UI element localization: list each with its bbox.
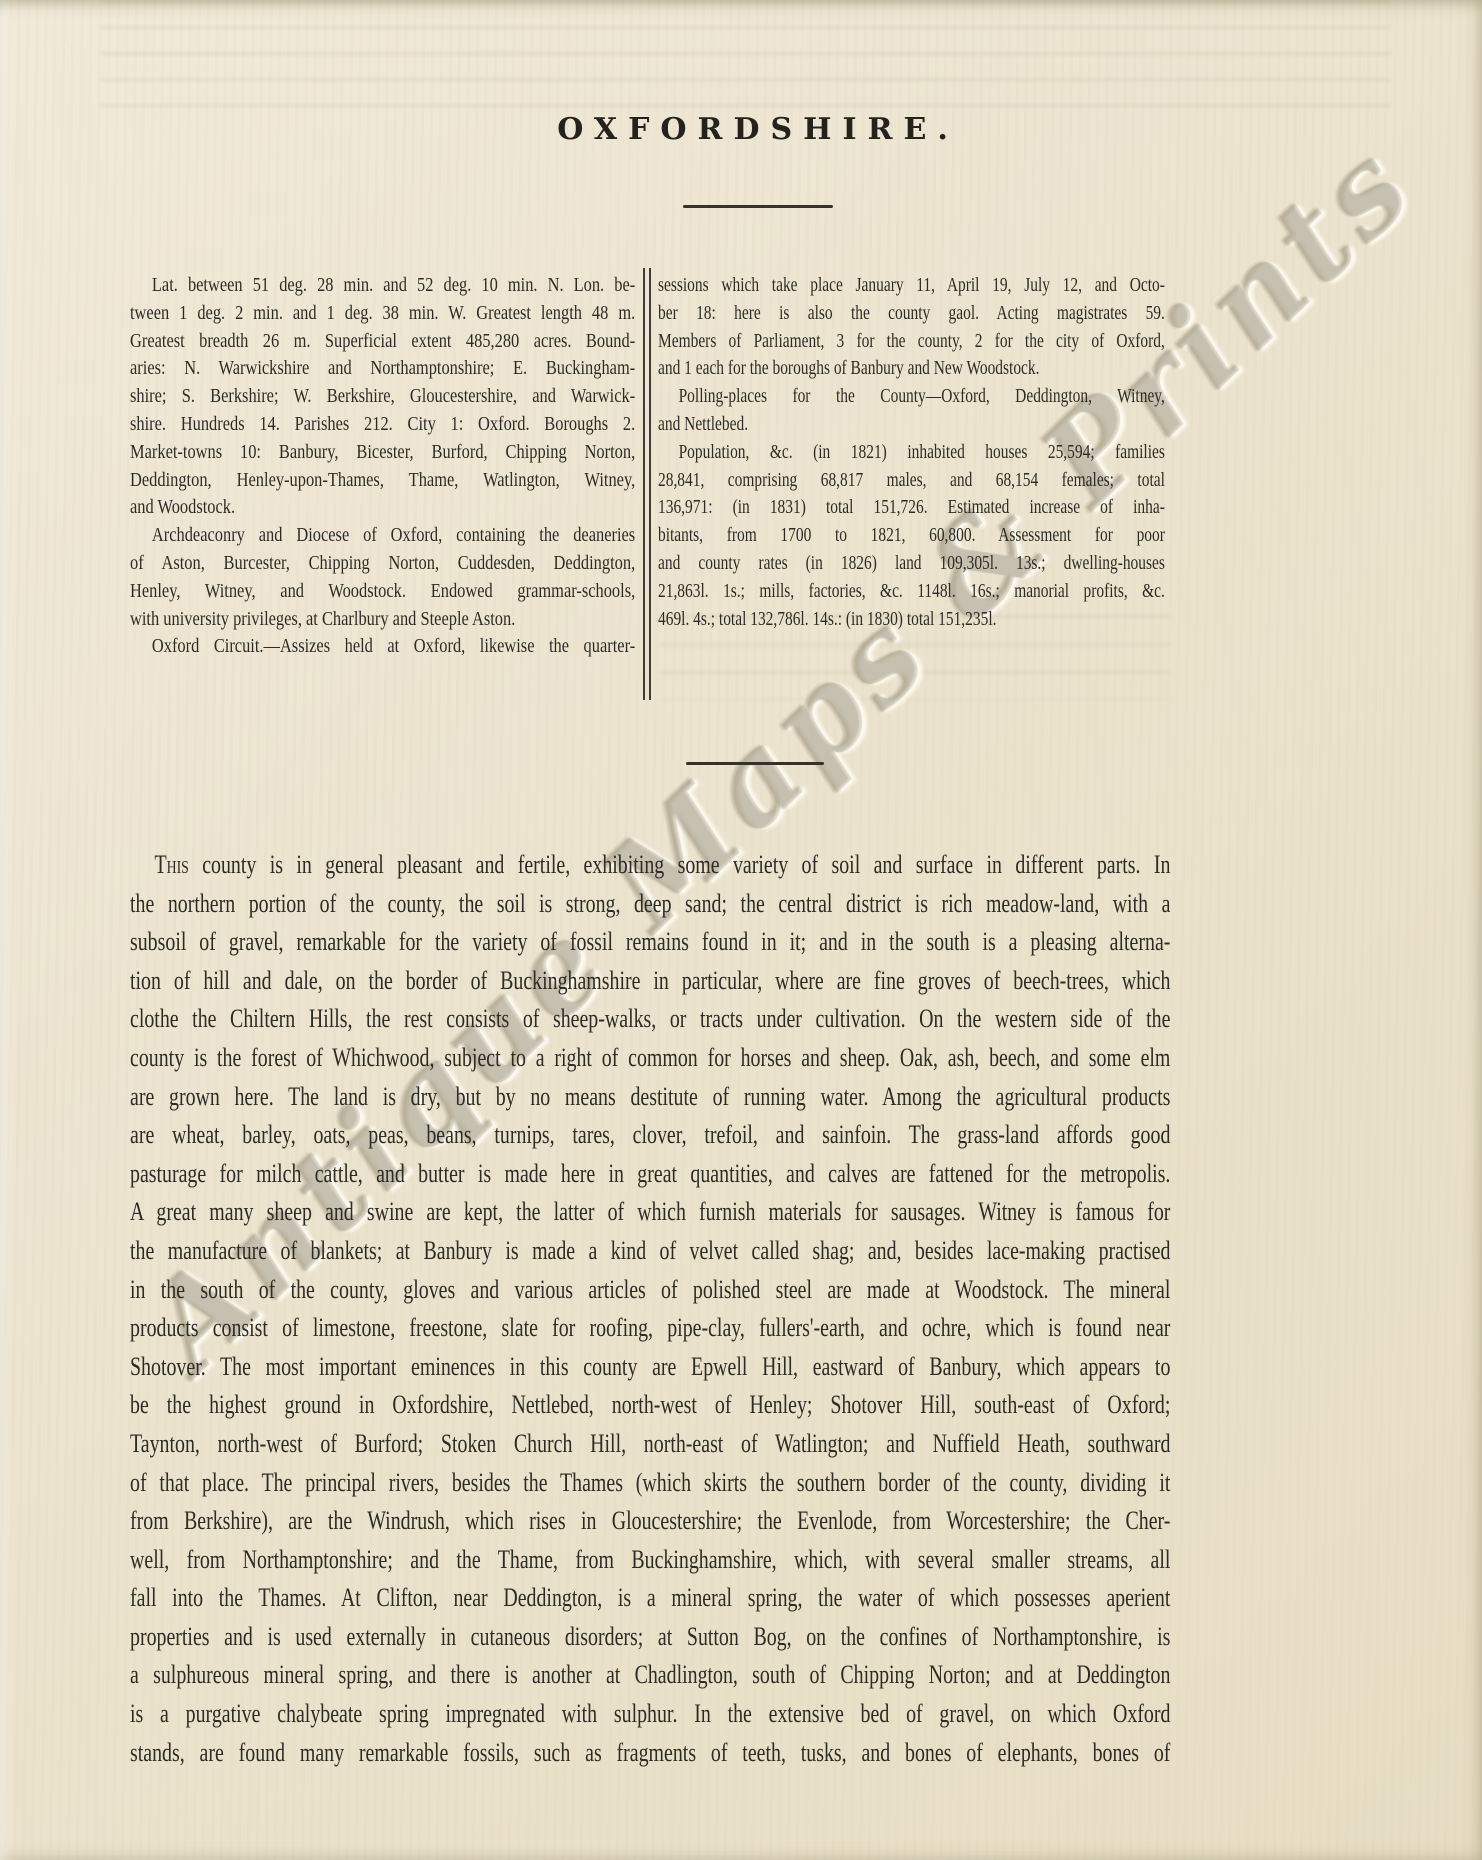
text-line: Greatest breadth 26 m. Superficial exten…: [130, 328, 635, 356]
section-divider-rule: [686, 762, 824, 765]
text-line: in the south of the county, gloves and v…: [130, 1271, 1170, 1310]
text-line: are wheat, barley, oats, peas, beans, tu…: [130, 1116, 1170, 1155]
text-line: fall into the Thames. At Clifton, near D…: [130, 1579, 1170, 1618]
text-line: and Nettlebed.: [658, 411, 1165, 439]
text-line: aries: N. Warwickshire and Northamptonsh…: [130, 355, 635, 383]
text-line: ber 18: here is also the county gaol. Ac…: [658, 300, 1165, 328]
title-divider-rule: [683, 205, 833, 208]
text-line: are grown here. The land is dry, but by …: [130, 1078, 1170, 1117]
text-line: and 1 each for the boroughs of Banbury a…: [658, 355, 1165, 383]
text-line: and county rates (in 1826) land 109,305l…: [658, 550, 1165, 578]
text-line: stands, are found many remarkable fossil…: [130, 1734, 1170, 1773]
body-paragraph: This county is in general pleasant and f…: [130, 846, 1170, 1772]
text-line: 21,863l. 1s.; mills, factories, &c. 1148…: [658, 578, 1165, 606]
lead-word: This: [154, 850, 188, 879]
text-line: Shotover. The most important eminences i…: [130, 1348, 1170, 1387]
text-line: Taynton, north-west of Burford; Stoken C…: [130, 1425, 1170, 1464]
text-line: Archdeaconry and Diocese of Oxford, cont…: [130, 522, 635, 550]
text-line: well, from Northamptonshire; and the Tha…: [130, 1541, 1170, 1580]
text-line: from Berkshire), are the Windrush, which…: [130, 1502, 1170, 1541]
text-line: of that place. The principal rivers, bes…: [130, 1464, 1170, 1503]
text-line: bitants, from 1700 to 1821, 60,800. Asse…: [658, 522, 1165, 550]
text-line: 28,841, comprising 68,817 males, and 68,…: [658, 467, 1165, 495]
text-line: Oxford Circuit.—Assizes held at Oxford, …: [130, 633, 635, 661]
right-column: sessions which take place January 11, Ap…: [658, 272, 1165, 633]
text-line: properties and is used externally in cut…: [130, 1618, 1170, 1657]
scanned-document-page: Antique Maps & Prints OXFORDSHIRE. Lat. …: [0, 0, 1482, 1860]
text-line: This county is in general pleasant and f…: [130, 846, 1170, 885]
text-line: sessions which take place January 11, Ap…: [658, 272, 1165, 300]
text-line: Population, &c. (in 1821) inhabited hous…: [658, 439, 1165, 467]
text-line: county is the forest of Whichwood, subje…: [130, 1039, 1170, 1078]
text-line: shire. Hundreds 14. Parishes 212. City 1…: [130, 411, 635, 439]
text-line: of Aston, Burcester, Chipping Norton, Cu…: [130, 550, 635, 578]
text-line: A great many sheep and swine are kept, t…: [130, 1193, 1170, 1232]
text-line: Polling-places for the County—Oxford, De…: [658, 383, 1165, 411]
text-line: pasturage for milch cattle, and butter i…: [130, 1155, 1170, 1194]
text-line: tion of hill and dale, on the border of …: [130, 962, 1170, 1001]
page-title: OXFORDSHIRE.: [557, 112, 959, 147]
text-line: Market-towns 10: Banbury, Bicester, Burf…: [130, 439, 635, 467]
text-line: Members of Parliament, 3 for the county,…: [658, 328, 1165, 356]
text-line: products consist of limestone, freestone…: [130, 1309, 1170, 1348]
text-line: Henley, Witney, and Woodstock. Endowed g…: [130, 578, 635, 606]
text-line: the manufacture of blankets; at Banbury …: [130, 1232, 1170, 1271]
text-line: subsoil of gravel, remarkable for the va…: [130, 923, 1170, 962]
text-line: 136,971: (in 1831) total 151,726. Estima…: [658, 494, 1165, 522]
text-line: is a purgative chalybeate spring impregn…: [130, 1695, 1170, 1734]
text-line: 469l. 4s.; total 132,786l. 14s.: (in 183…: [658, 606, 1165, 634]
text-line: clothe the Chiltern Hills, the rest cons…: [130, 1000, 1170, 1039]
text-line: tween 1 deg. 2 min. and 1 deg. 38 min. W…: [130, 300, 635, 328]
text-line: with university privileges, at Charlbury…: [130, 606, 635, 634]
text-line: a sulphureous mineral spring, and there …: [130, 1656, 1170, 1695]
text-line: be the highest ground in Oxfordshire, Ne…: [130, 1386, 1170, 1425]
text-line: Lat. between 51 deg. 28 min. and 52 deg.…: [130, 272, 635, 300]
text-line: and Woodstock.: [130, 494, 635, 522]
text-line: Deddington, Henley-upon-Thames, Thame, W…: [130, 467, 635, 495]
left-column: Lat. between 51 deg. 28 min. and 52 deg.…: [130, 272, 635, 661]
text-line: the northern portion of the county, the …: [130, 885, 1170, 924]
text-line: shire; S. Berkshire; W. Berkshire, Glouc…: [130, 383, 635, 411]
reverse-page-show-through: [100, 0, 1390, 112]
column-divider-rule: [643, 268, 651, 700]
